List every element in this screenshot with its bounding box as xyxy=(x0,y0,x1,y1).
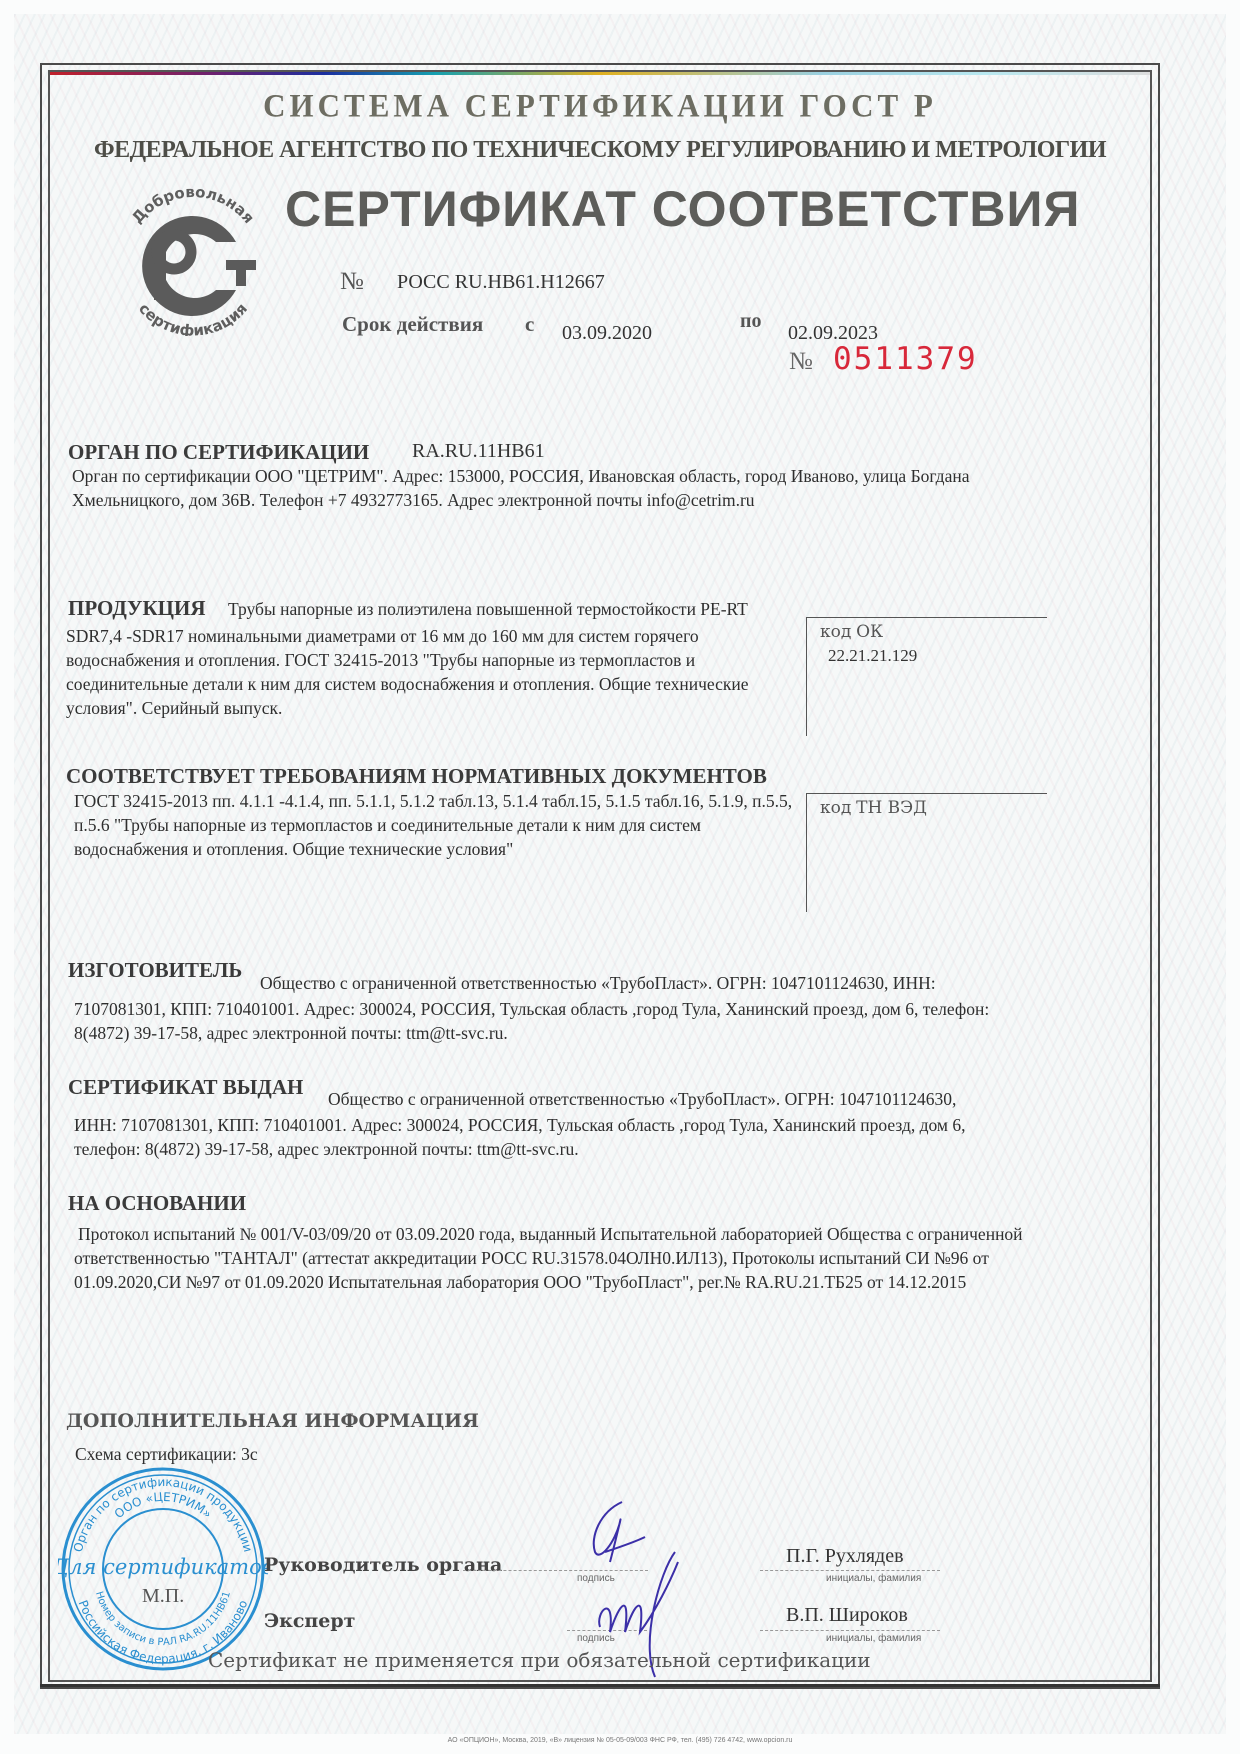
code-prefix: код xyxy=(820,798,851,818)
stamp-center-text: Для сертификатов xyxy=(58,1555,268,1579)
manufacturer-heading: ИЗГОТОВИТЕЛЬ xyxy=(68,958,242,983)
serial-number: 0511379 xyxy=(833,341,978,377)
certification-body-heading: ОРГАН ПО СЕРТИФИКАЦИИ xyxy=(68,440,369,465)
head-role-label: Руководитель органа xyxy=(264,1554,502,1576)
expert-name-line xyxy=(760,1630,940,1631)
certification-body-text: Орган по сертификации ООО "ЦЕТРИМ". Адре… xyxy=(72,464,992,512)
certificate-number: РОСС RU.НВ61.Н12667 xyxy=(397,271,605,294)
code-ok-label: код ОК xyxy=(820,622,883,642)
validity-label: Срок действия xyxy=(342,312,483,337)
seal-stamp-icon: Орган по сертификации продукции ООО «ЦЕТ… xyxy=(58,1464,268,1674)
manufacturer-text: 7107081301, КПП: 710401001. Адрес: 30002… xyxy=(74,997,994,1045)
code-tnved-box: код ТН ВЭД xyxy=(806,793,1047,912)
product-text-first-line: Трубы напорные из полиэтилена повышенной… xyxy=(228,599,748,620)
stamp-place-label: М.П. xyxy=(142,1585,184,1608)
svg-text:Орган по сертификации продукци: Орган по сертификации продукции xyxy=(71,1475,255,1554)
system-title: СИСТЕМА СЕРТИФИКАЦИИ ГОСТ Р xyxy=(48,87,1152,125)
code-prefix: код xyxy=(820,622,851,642)
conformity-heading: СООТВЕТСТВУЕТ ТРЕБОВАНИЯМ НОРМАТИВНЫХ ДО… xyxy=(66,764,767,789)
bottom-frame-line xyxy=(40,1684,1160,1687)
head-name-line xyxy=(760,1570,940,1571)
product-heading: ПРОДУКЦИЯ xyxy=(68,596,206,621)
validity-from-label: с xyxy=(525,312,534,337)
voluntary-notice: Сертификат не применяется при обязательн… xyxy=(208,1648,871,1672)
basis-heading: НА ОСНОВАНИИ xyxy=(68,1191,246,1216)
validity-to-label: по xyxy=(740,310,762,333)
basis-text: Протокол испытаний № 001/V-03/09/20 от 0… xyxy=(74,1222,1034,1294)
certificate-title: СЕРТИФИКАТ СООТВЕТСТВИЯ xyxy=(285,180,1080,238)
manufacturer-text-first-line: Общество с ограниченной ответственностью… xyxy=(260,973,936,994)
code-ok-value: 22.21.21.129 xyxy=(828,646,917,666)
expert-name-caption: инициалы, фамилия xyxy=(826,1633,921,1644)
code-tnved-label: код ТН ВЭД xyxy=(820,798,927,818)
expert-role-label: Эксперт xyxy=(264,1610,355,1632)
rst-logo-icon: Добровольная сертификация xyxy=(108,186,278,336)
head-name-caption: инициалы, фамилия xyxy=(826,1573,921,1584)
conformity-text: ГОСТ 32415-2013 пп. 4.1.1 -4.1.4, пп. 5.… xyxy=(74,789,804,861)
agency-title: ФЕДЕРАЛЬНОЕ АГЕНТСТВО ПО ТЕХНИЧЕСКОМУ РЕ… xyxy=(48,137,1152,164)
serial-label: № xyxy=(789,348,813,376)
product-text: SDR7,4 -SDR17 номинальными диаметрами от… xyxy=(66,624,796,720)
head-name: П.Г. Рухлядев xyxy=(786,1545,904,1568)
number-label: № xyxy=(340,268,364,296)
printer-imprint: АО «ОПЦИОН», Москва, 2019, «В» лицензия … xyxy=(0,1737,1240,1744)
certification-body-code: RA.RU.11НВ61 xyxy=(412,440,545,463)
code-tnved-name: ТН ВЭД xyxy=(856,798,927,818)
additional-info-heading: ДОПОЛНИТЕЛЬНАЯ ИНФОРМАЦИЯ xyxy=(66,1410,479,1432)
expert-name: В.П. Широков xyxy=(786,1604,908,1627)
issued-to-text: ИНН: 7107081301, КПП: 710401001. Адрес: … xyxy=(74,1113,1014,1161)
code-ok-name: ОК xyxy=(856,622,883,642)
code-ok-box: код ОК 22.21.21.129 xyxy=(806,617,1047,736)
stamp-outer-top-text: Орган по сертификации продукции xyxy=(71,1475,255,1554)
issued-to-text-first-line: Общество с ограниченной ответственностью… xyxy=(328,1089,956,1110)
validity-date-from: 03.09.2020 xyxy=(562,322,652,345)
issued-to-heading: СЕРТИФИКАТ ВЫДАН xyxy=(68,1075,303,1100)
certification-scheme: Схема сертификации: 3с xyxy=(75,1444,258,1465)
colored-border-stripe xyxy=(50,72,1150,75)
